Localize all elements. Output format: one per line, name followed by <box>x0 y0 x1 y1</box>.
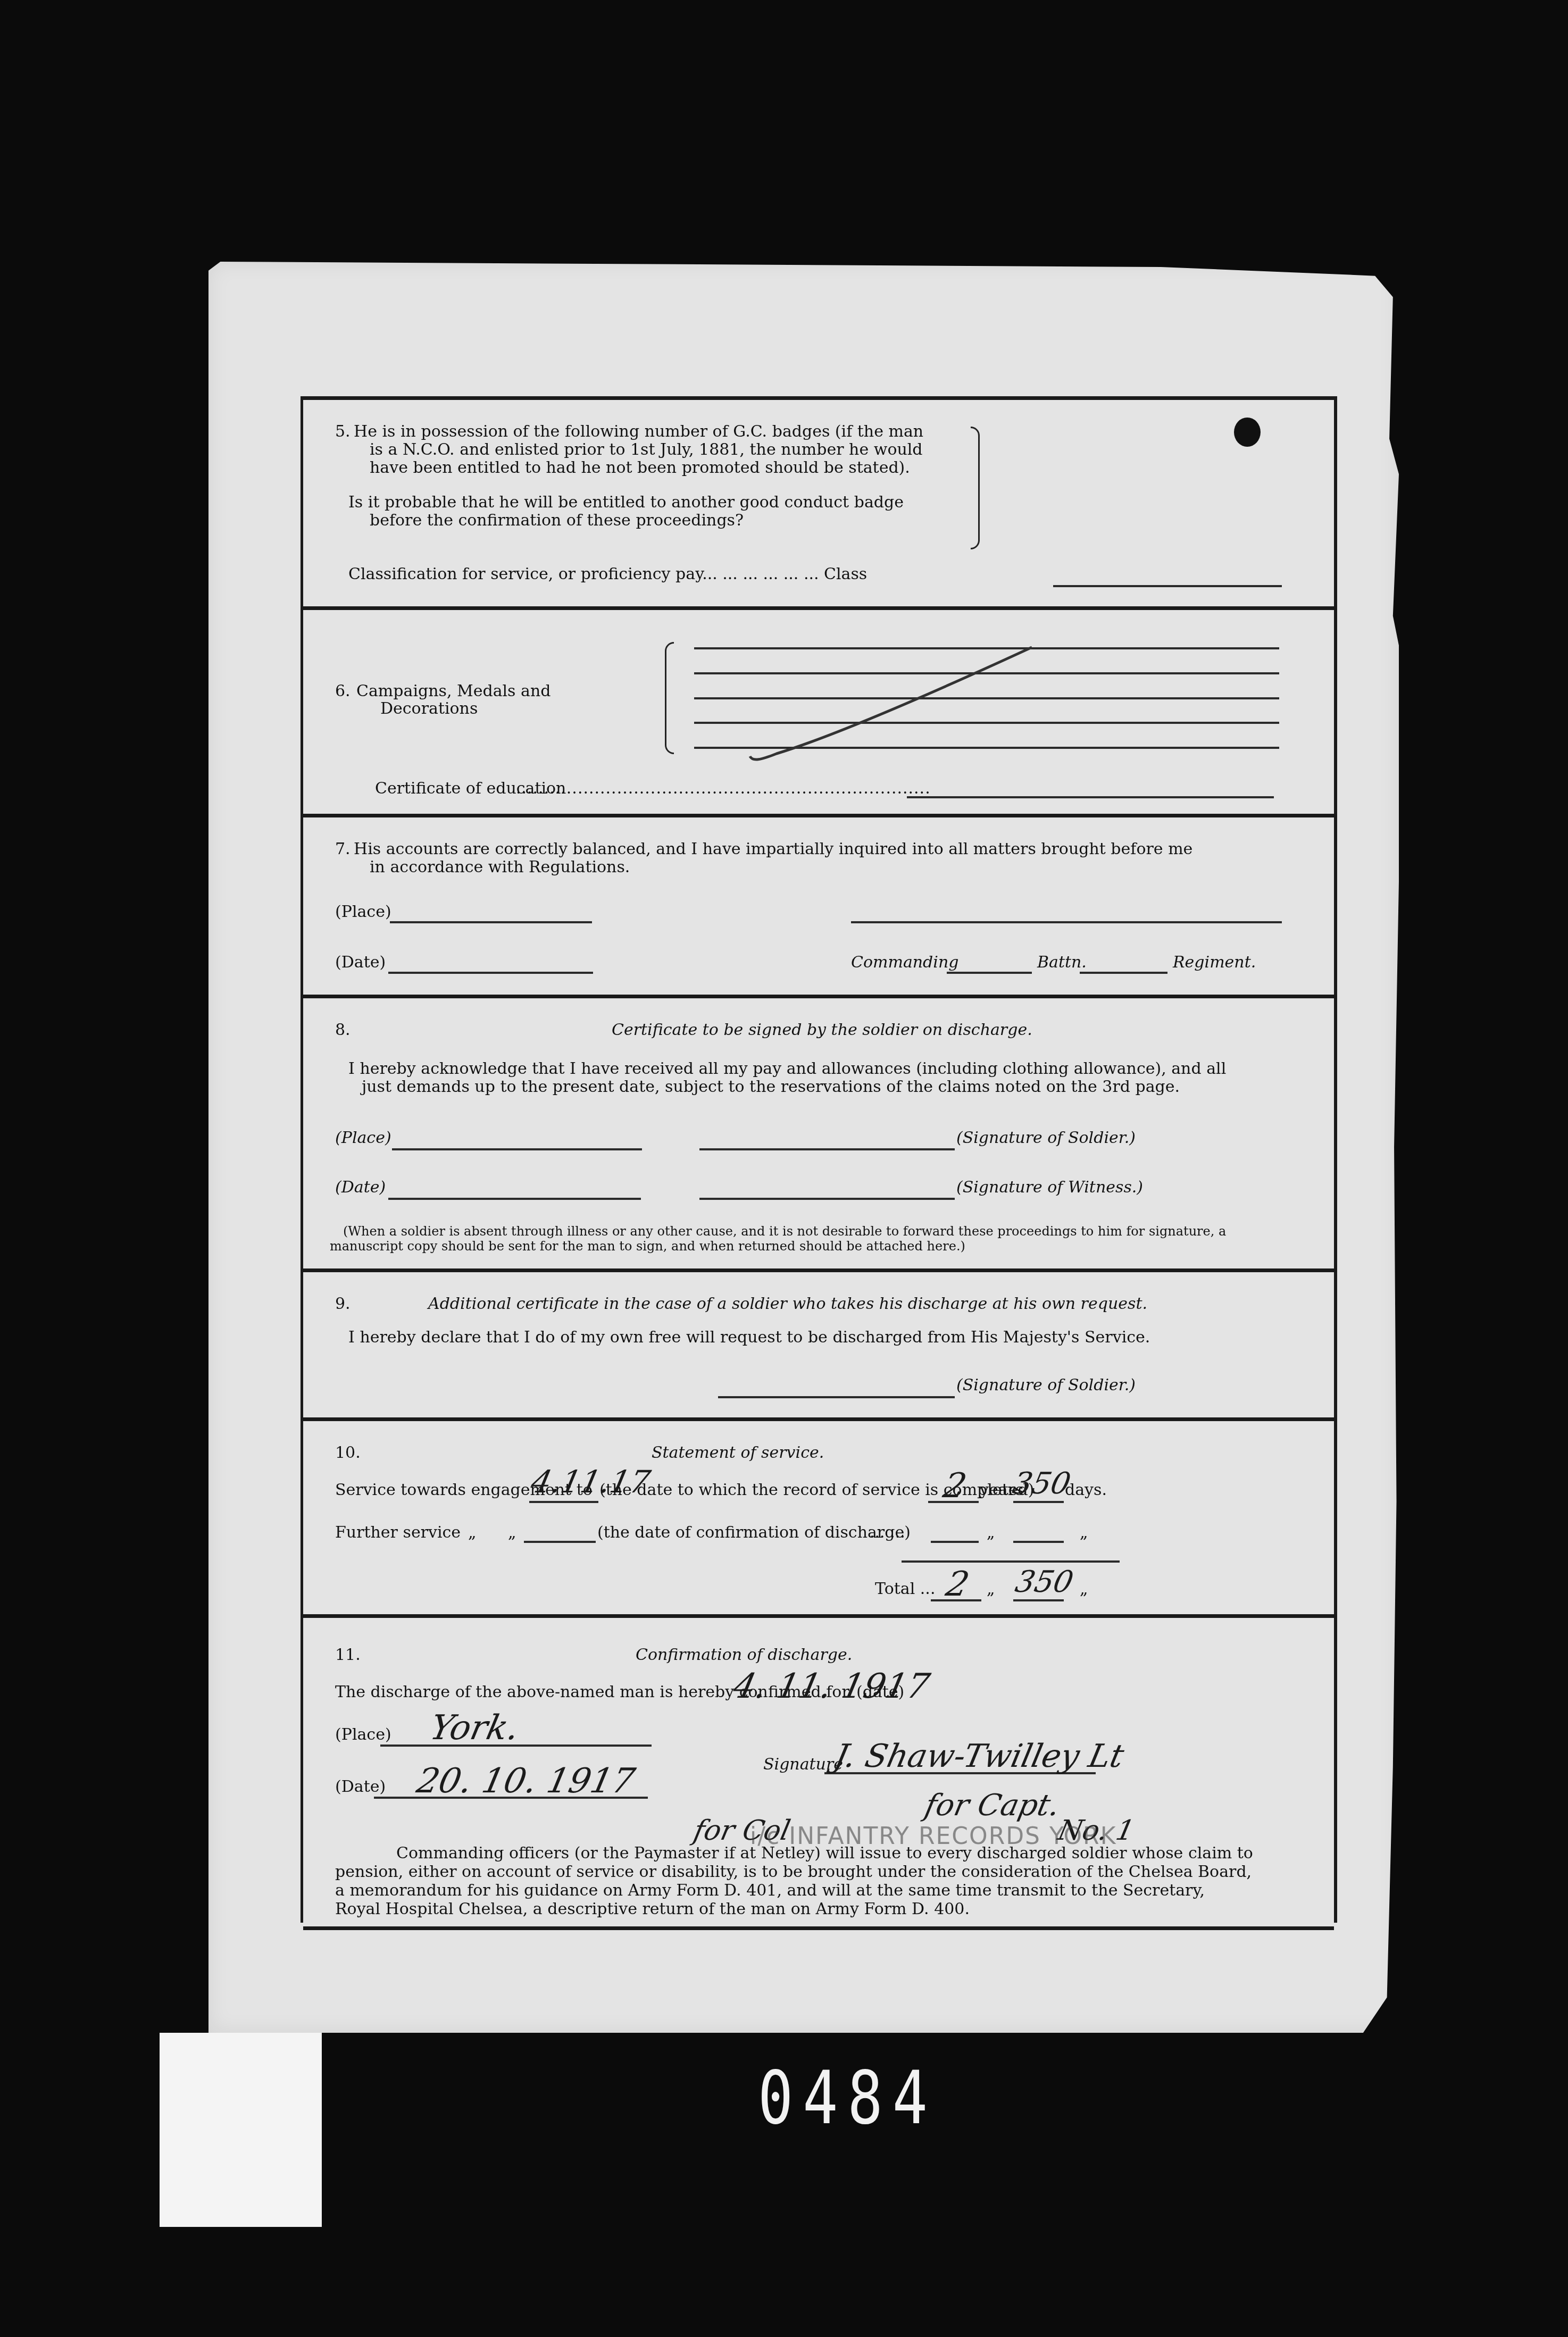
brace-icon <box>971 427 980 549</box>
accounts-text: in accordance with Regulations. <box>370 858 630 877</box>
regiment-label: Regiment. <box>1173 953 1256 972</box>
signature-soldier-label: (Signature of Soldier.) <box>956 1129 1136 1148</box>
total-rule <box>902 1560 1120 1563</box>
regiment-field[interactable] <box>1080 972 1167 974</box>
total-years-value: 2 <box>943 1565 972 1604</box>
section-10: 10. Statement of service. Service toward… <box>303 1417 1334 1618</box>
gc-question-text: Is it probable that he will be entitled … <box>348 493 904 512</box>
brace-icon <box>665 642 674 754</box>
section-5: 5. He is in possession of the following … <box>303 396 1334 610</box>
section-number: 5. <box>335 422 351 441</box>
gc-badges-text: have been entitled to had he not been pr… <box>370 458 910 478</box>
section-number: 7. <box>335 840 351 859</box>
date-field[interactable] <box>388 1198 641 1200</box>
battalion-field[interactable] <box>947 972 1032 974</box>
gc-badges-text: He is in possession of the following num… <box>354 422 923 441</box>
date-value: 20. 10. 1917 <box>413 1762 638 1801</box>
date-field[interactable] <box>388 972 593 974</box>
instructions-paragraph: pension, either on account of service or… <box>335 1863 1252 1882</box>
section-number: 11. <box>335 1646 361 1665</box>
soldier-signature-field[interactable] <box>699 1148 955 1150</box>
place-label: (Place) <box>335 1129 391 1148</box>
further-years-field[interactable] <box>931 1541 979 1543</box>
ditto-mark: „ <box>987 1523 995 1542</box>
paper-tab <box>160 2033 322 2227</box>
absence-note: manuscript copy should be sent for the m… <box>330 1237 965 1256</box>
date-suffix: (date) <box>856 1683 904 1702</box>
gc-badges-text: is a N.C.O. and enlisted prior to 1st Ju… <box>370 440 923 460</box>
section-7: 7. His accounts are correctly balanced, … <box>303 814 1334 998</box>
total-days-field[interactable] <box>1013 1599 1064 1601</box>
ditto-mark: „ <box>1080 1580 1088 1599</box>
certificate-education-field[interactable] <box>907 796 1274 798</box>
section-6: 6. Campaigns, Medals and Decorations Cer… <box>303 606 1334 817</box>
total-label: Total ... <box>875 1580 935 1599</box>
accounts-text: His accounts are correctly balanced, and… <box>354 840 1192 859</box>
instructions-paragraph: Commanding officers (or the Paymaster if… <box>396 1844 1253 1863</box>
date-label: (Date) <box>335 1777 386 1797</box>
instructions-paragraph: a memorandum for his guidance on Army Fo… <box>335 1881 1205 1900</box>
campaigns-label: Campaigns, Medals and <box>356 682 551 701</box>
ditto-mark: „ <box>987 1580 995 1599</box>
section-8: 8. Certificate to be signed by the soldi… <box>303 995 1334 1272</box>
place-label: (Place) <box>335 903 391 922</box>
acknowledge-text: I hereby acknowledge that I have receive… <box>348 1059 1226 1079</box>
further-days-field[interactable] <box>1013 1541 1064 1543</box>
ditto-mark: „ <box>1080 1523 1088 1542</box>
section-11: 11. Confirmation of discharge. The disch… <box>303 1614 1334 1930</box>
signature-value: J. Shaw-Twilley Lt <box>831 1738 1128 1775</box>
place-value: York. <box>427 1708 523 1748</box>
section-9: 9. Additional certificate in the case of… <box>303 1268 1334 1421</box>
section-number: 8. <box>335 1021 351 1040</box>
page-number: 0484 <box>758 2055 937 2140</box>
date-label: (Date) <box>335 1178 386 1197</box>
commanding-label: Commanding <box>851 953 958 972</box>
section-number: 9. <box>335 1295 351 1314</box>
section-number: 6. <box>335 682 351 701</box>
commanding-signature-field[interactable] <box>851 921 1282 923</box>
declaration-text: I hereby declare that I do of my own fre… <box>348 1328 1150 1347</box>
for-capt-annotation: for Capt. <box>922 1788 1063 1823</box>
dotted-leader: ... ... <box>870 1523 905 1542</box>
place-label: (Place) <box>335 1725 391 1745</box>
ditto-mark: „ <box>468 1523 477 1542</box>
section-heading: Certificate to be signed by the soldier … <box>612 1021 1032 1040</box>
service-date-field[interactable] <box>529 1501 598 1503</box>
campaigns-label: Decorations <box>380 699 478 719</box>
days-label: days. <box>1065 1481 1107 1500</box>
ditto-mark: „ <box>508 1523 516 1542</box>
days-field[interactable] <box>1013 1501 1064 1503</box>
classification-label: Classification for service, or proficien… <box>348 565 867 584</box>
further-date-field[interactable] <box>524 1541 596 1543</box>
signature-soldier-label: (Signature of Soldier.) <box>956 1376 1136 1395</box>
place-field[interactable] <box>380 1745 652 1747</box>
signature-witness-label: (Signature of Witness.) <box>956 1178 1143 1197</box>
section-heading: Statement of service. <box>652 1443 824 1463</box>
place-field[interactable] <box>390 921 592 923</box>
section-number: 10. <box>335 1443 361 1463</box>
service-mid-text: (the date to which the record of service… <box>599 1481 1034 1500</box>
total-days-value: 350 <box>1012 1565 1077 1599</box>
service-days-value: 350 <box>1010 1466 1074 1501</box>
instructions-paragraph: Royal Hospital Chelsea, a descriptive re… <box>335 1900 970 1919</box>
acknowledge-text: just demands up to the present date, sub… <box>362 1078 1180 1097</box>
strike-through-mark <box>739 642 1037 764</box>
dotted-leader: ........................................… <box>516 779 931 798</box>
date-label: (Date) <box>335 953 386 972</box>
further-mid-text: (the date of confirmation of discharge) <box>597 1523 911 1542</box>
signature-label: Signature <box>763 1755 843 1774</box>
further-service-label: Further service <box>335 1523 461 1542</box>
place-field[interactable] <box>392 1148 642 1150</box>
witness-signature-field[interactable] <box>699 1198 955 1200</box>
class-field[interactable] <box>1053 585 1282 587</box>
soldier-signature-field[interactable] <box>718 1396 955 1398</box>
section-heading: Confirmation of discharge. <box>636 1646 852 1665</box>
gc-question-text: before the confirmation of these proceed… <box>370 511 744 530</box>
battalion-label: Battn. <box>1037 953 1087 972</box>
discharge-form: 5. He is in possession of the following … <box>301 396 1337 1923</box>
section-heading: Additional certificate in the case of a … <box>428 1295 1147 1314</box>
